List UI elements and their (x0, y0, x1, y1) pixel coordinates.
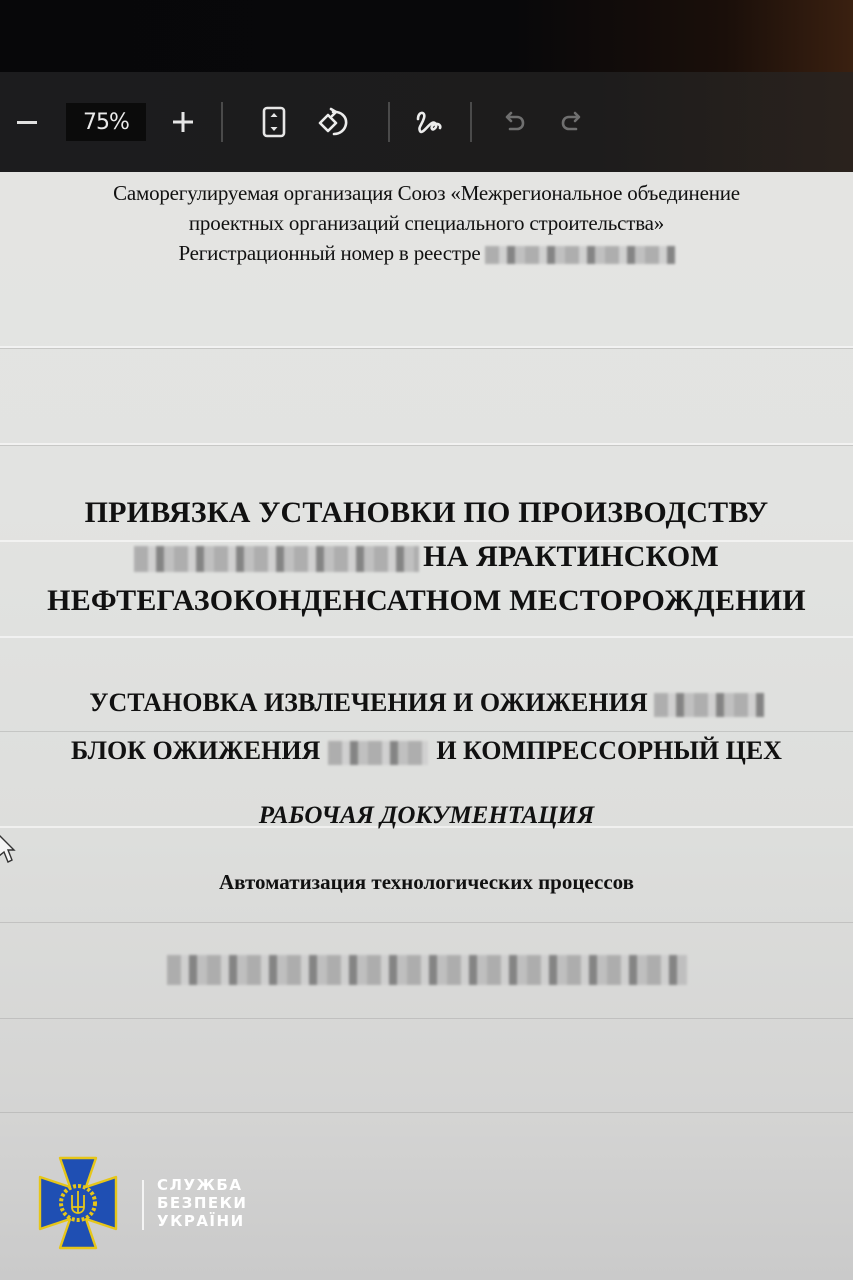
subtitle-line-1: УСТАНОВКА ИЗВЛЕЧЕНИЯ И ОЖИЖЕНИЯ (0, 688, 853, 718)
section-title: Автоматизация технологических процессов (0, 870, 853, 895)
toolbar-separator (221, 102, 223, 142)
title-line-2: НА ЯРАКТИНСКОМ (0, 540, 853, 574)
redacted-unit-code-1 (654, 693, 764, 717)
undo-button[interactable] (500, 100, 528, 144)
subtitle-line-1-text: УСТАНОВКА ИЗВЛЕЧЕНИЯ И ОЖИЖЕНИЯ (89, 688, 647, 717)
draw-button[interactable] (412, 100, 446, 144)
mouse-cursor-icon (0, 828, 20, 864)
registration-number-line: Регистрационный номер в реестре (0, 241, 853, 266)
title-line-2-text: НА ЯРАКТИНСКОМ (423, 540, 719, 573)
draw-icon (412, 105, 446, 139)
document-code-line (0, 955, 853, 985)
plus-icon (170, 109, 196, 135)
redacted-unit-code-2 (328, 741, 428, 765)
subtitle-line-2-prefix: БЛОК ОЖИЖЕНИЯ (71, 736, 320, 765)
fit-page-icon (260, 105, 288, 139)
rotate-button[interactable] (316, 100, 352, 144)
toolbar-separator (388, 102, 390, 142)
scan-artifact (0, 636, 853, 638)
undo-icon (500, 108, 528, 136)
watermark-line-1: СЛУЖБА (157, 1176, 247, 1194)
subtitle-line-2-suffix: И КОМПРЕССОРНЫЙ ЦЕХ (436, 736, 782, 765)
scan-artifact (0, 922, 853, 923)
zoom-out-button[interactable] (14, 100, 40, 144)
org-name-line-2: проектных организаций специального строи… (0, 211, 853, 236)
document-page (0, 172, 853, 1280)
minus-icon (14, 109, 40, 135)
fit-page-button[interactable] (260, 100, 288, 144)
scan-artifact (0, 731, 853, 732)
background-dark-area (0, 0, 853, 72)
toolbar-separator (470, 102, 472, 142)
registration-label: Регистрационный номер в реестре (178, 241, 480, 265)
scan-artifact (0, 348, 853, 349)
redo-icon (558, 108, 586, 136)
sbu-emblem-icon (28, 1155, 128, 1251)
sbu-watermark-text: СЛУЖБА БЕЗПЕКИ УКРАЇНИ (157, 1176, 247, 1230)
redacted-product-name (134, 546, 419, 572)
zoom-level-field[interactable]: 75% (66, 103, 146, 141)
watermark-divider (142, 1180, 144, 1230)
scan-artifact (0, 1112, 853, 1113)
subtitle-line-2: БЛОК ОЖИЖЕНИЯИ КОМПРЕССОРНЫЙ ЦЕХ (0, 736, 853, 766)
watermark-line-2: БЕЗПЕКИ (157, 1194, 247, 1212)
document-type: РАБОЧАЯ ДОКУМЕНТАЦИЯ (0, 802, 853, 830)
zoom-in-button[interactable] (170, 100, 196, 144)
redacted-registration-number (485, 246, 675, 264)
org-name-line-1: Саморегулируемая организация Союз «Межре… (0, 181, 853, 206)
title-line-1: ПРИВЯЗКА УСТАНОВКИ ПО ПРОИЗВОДСТВУ (0, 496, 853, 530)
redo-button[interactable] (558, 100, 586, 144)
title-line-3: НЕФТЕГАЗОКОНДЕНСАТНОМ МЕСТОРОЖДЕНИИ (0, 584, 853, 618)
redacted-document-code (167, 955, 687, 985)
watermark-line-3: УКРАЇНИ (157, 1212, 247, 1230)
scan-artifact (0, 1018, 853, 1019)
rotate-icon (316, 105, 352, 139)
scan-artifact (0, 445, 853, 446)
